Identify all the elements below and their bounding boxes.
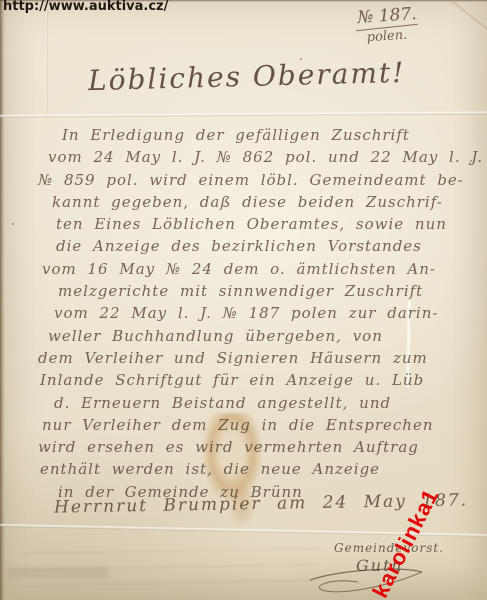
handwritten-line: vom 24 May l. J. № 862 pol. und 22 May l… bbox=[48, 146, 476, 168]
handwritten-line: die Anzeige des bezirklichen Vorstandes bbox=[56, 235, 476, 257]
ink-speck bbox=[12, 223, 14, 225]
handwritten-line: kannt gegeben, daß diese beiden Zuschrif… bbox=[52, 191, 476, 213]
fold-crease-corner bbox=[443, 0, 487, 40]
letter-body: In Erledigung der gefälligen Zuschrift v… bbox=[36, 124, 476, 503]
salutation: Löbliches Oberamt! bbox=[88, 56, 406, 97]
handwritten-line: Inlande Schriftgut für ein Anzeige u. Lü… bbox=[40, 369, 476, 391]
handwritten-line: wird ersehen es wird vermehrten Auftrag bbox=[38, 436, 476, 458]
letter-scan: http://www.auktiva.cz/ № 187. polen. Löb… bbox=[0, 0, 487, 600]
ink-bleed-ghost bbox=[20, 542, 321, 595]
reference-block: № 187. polen. bbox=[332, 6, 442, 44]
handwritten-line: d. Erneuern Beistand angestellt, und bbox=[54, 392, 476, 414]
handwritten-line: weller Buchhandlung übergeben, von bbox=[48, 325, 476, 347]
handwritten-line: vom 22 May l. J. № 187 polen zur darin- bbox=[54, 302, 476, 324]
handwritten-line: dem Verleiher und Signieren Häusern zum bbox=[38, 347, 476, 369]
handwritten-line: № 859 pol. wird einem löbl. Gemeindeamt … bbox=[38, 169, 476, 191]
fold-crease-top bbox=[0, 111, 487, 118]
paper-left-edge bbox=[0, 0, 5, 600]
handwritten-line: vom 16 May № 24 dem o. ämtlichsten An- bbox=[42, 258, 476, 280]
source-url-text: http://www.auktiva.cz/ bbox=[3, 0, 168, 14]
fold-crease-vertical bbox=[46, 0, 48, 114]
handwritten-line: ten Eines Löblichen Oberamtes, sowie nun bbox=[56, 213, 476, 235]
handwritten-line: melzgerichte mit sinnwendiger Zuschrift bbox=[58, 280, 476, 302]
handwritten-line: nur Verleiher dem Zug in die Entsprechen bbox=[42, 414, 476, 436]
handwritten-line: enthält werden ist, die neue Anzeige bbox=[40, 458, 476, 480]
handwritten-line: In Erledigung der gefälligen Zuschrift bbox=[62, 124, 476, 146]
